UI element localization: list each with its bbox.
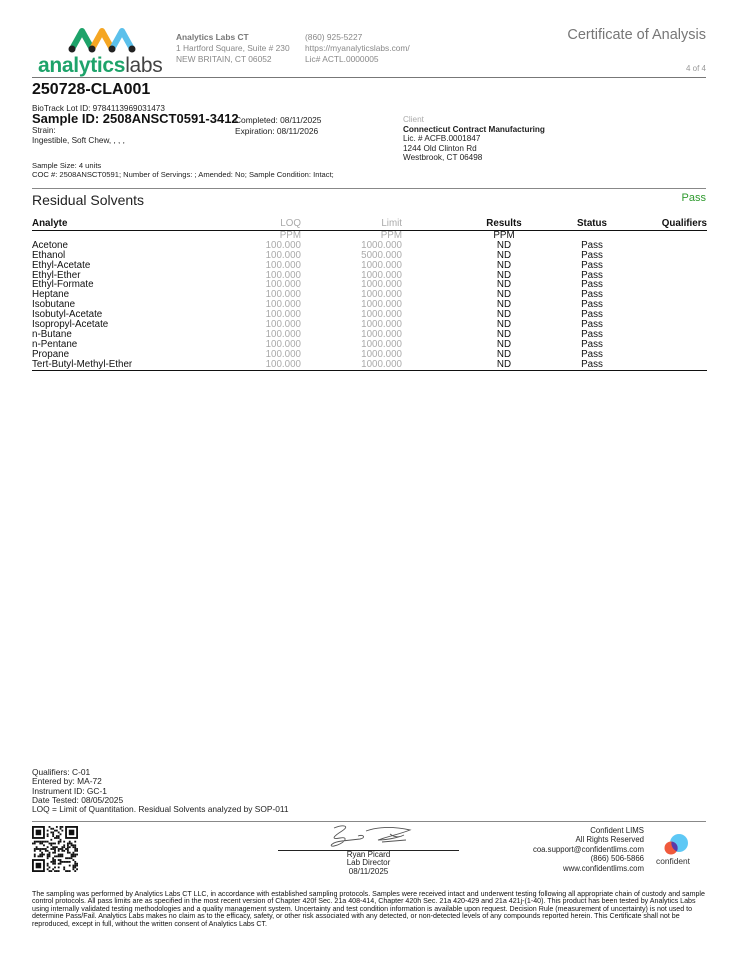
results-table: Analyte LOQ Limit Results Status Qualifi… — [32, 218, 707, 371]
signer-date: 08/11/2025 — [278, 868, 459, 876]
lab-phone: (860) 925-5227 — [305, 32, 410, 43]
analytics-labs-logo: analyticslabs — [38, 24, 162, 76]
strain-label: Strain: — [32, 126, 125, 136]
brand-wordmark: analyticslabs — [38, 54, 163, 78]
document-title: Certificate of Analysis — [567, 27, 706, 43]
page-number: 4 of 4 — [686, 64, 706, 73]
client-address-line2: Westbrook, CT 06498 — [403, 153, 545, 163]
sample-size-info: Sample Size: 4 units COC #: 2508ANSCT059… — [32, 162, 334, 179]
col-header-loq: LOQ — [280, 218, 301, 229]
lims-name: Confident LIMS — [533, 826, 644, 835]
legal-disclaimer: The sampling was performed by Analytics … — [32, 891, 712, 928]
lab-info: Analytics Labs CT 1 Hartford Square, Sui… — [176, 32, 290, 65]
col-header-limit: Limit — [381, 218, 402, 229]
completed-date: Completed: 08/11/2025 — [235, 115, 321, 126]
lab-contact: (860) 925-5227 https://myanalyticslabs.c… — [305, 32, 410, 65]
client-license: Lic. # ACFB.0001847 — [403, 134, 545, 144]
lims-email-link[interactable]: coa.support@confidentlims.com — [533, 845, 644, 854]
confident-logo-icon — [662, 833, 690, 857]
qr-code-icon[interactable] — [32, 826, 78, 872]
result-cell: ND — [468, 360, 540, 370]
col-header-results: Results — [468, 218, 540, 229]
lab-address-line1: 1 Hartford Square, Suite # 230 — [176, 43, 290, 54]
strain-value: Ingestible, Soft Chew, , , , — [32, 136, 125, 146]
table-body: Acetone100.0001000.000NDPassEthanol100.0… — [32, 241, 707, 370]
client-address-line1: 1244 Old Clinton Rd — [403, 144, 545, 154]
col-header-analyte: Analyte — [32, 218, 67, 229]
test-notes: Qualifiers: C-01Entered by: MA-72Instrum… — [32, 768, 289, 814]
strain-info: Strain: Ingestible, Soft Chew, , , , — [32, 126, 125, 146]
sample-id: Sample ID: 2508ANSCT0591-3412 — [32, 111, 239, 126]
col-header-status: Status — [560, 218, 624, 229]
header-divider — [32, 77, 706, 78]
loq-cell: 100.000 — [266, 360, 301, 370]
client-label: Client — [403, 115, 545, 125]
col-header-qualifiers: Qualifiers — [662, 218, 707, 229]
lims-rights: All Rights Reserved — [533, 835, 644, 844]
signature-icon — [320, 822, 420, 850]
lab-website-link[interactable]: https://myanalyticslabs.com/ — [305, 43, 410, 54]
client-name: Connecticut Contract Manufacturing — [403, 125, 545, 135]
table-bottom-rule — [32, 370, 707, 371]
status-cell: Pass — [560, 360, 624, 370]
confident-wordmark: confident — [656, 856, 690, 866]
lims-phone: (866) 506-5866 — [533, 854, 644, 863]
table-row: Tert-Butyl-Methyl-Ether100.0001000.000ND… — [32, 360, 707, 370]
table-header: Analyte LOQ Limit Results Status Qualifi… — [32, 218, 707, 231]
signer-block: Ryan Picard Lab Director 08/11/2025 — [278, 851, 459, 876]
limit-cell: 1000.000 — [361, 360, 402, 370]
lims-website-link[interactable]: www.confidentlims.com — [533, 864, 644, 873]
section-divider — [32, 188, 706, 189]
lab-name: Analytics Labs CT — [176, 32, 290, 43]
note-line: LOQ = Limit of Quantitation. Residual So… — [32, 805, 289, 814]
lab-address-line2: NEW BRITAIN, CT 06052 — [176, 54, 290, 65]
lims-info: Confident LIMS All Rights Reserved coa.s… — [533, 826, 644, 873]
analyte-cell: Tert-Butyl-Methyl-Ether — [32, 360, 132, 370]
section-title: Residual Solvents — [32, 192, 144, 208]
batch-id: 250728-CLA001 — [32, 81, 150, 99]
zigzag-logo-icon — [38, 24, 162, 54]
section-status-badge: Pass — [682, 192, 706, 204]
coc-info: COC #: 2508ANSCT0591; Number of Servings… — [32, 171, 334, 180]
sample-dates: Completed: 08/11/2025 Expiration: 08/11/… — [235, 115, 321, 137]
lab-license: Lic# ACTL.0000005 — [305, 54, 410, 65]
client-info: Client Connecticut Contract Manufacturin… — [403, 115, 545, 163]
expiration-date: Expiration: 08/11/2026 — [235, 126, 321, 137]
